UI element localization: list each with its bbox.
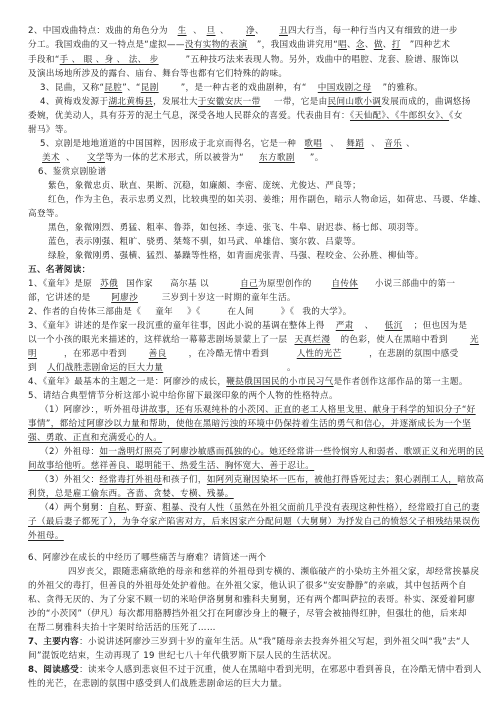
q5-title: 5、请结合典型情节分析这部小说中给你留下最深印象的两个人物的性格特点。: [28, 391, 500, 402]
item4-line2: 委婉，优美动人，具有芬芳的泥土气息，深受各地人民群众的喜爱。代表曲目有：《天仙配…: [28, 111, 500, 122]
blank-answer: 自私: [108, 503, 126, 513]
text: 委婉，优美动人，具有芬芳的泥土气息，深受各地人民群众的喜爱。代表曲目有：: [28, 111, 350, 121]
answer: 童年: [141, 307, 187, 318]
q6-answer-line1: 四岁丧父，跟随悲痛欲绝的母亲和慈祥的外祖母到专横的、濒临破产的小染坊主外祖父家，…: [68, 567, 500, 578]
q7-line1: 7、主要内容：小说讲述阿廖沙三岁到十岁的童年生活。从“我”随母亲去投奔外祖父写起…: [28, 637, 500, 648]
text: ”、“: [122, 83, 141, 93]
text: 和孩子们，: [162, 475, 207, 485]
blank-answer: 旦: [202, 26, 220, 37]
text: 2、中国戏曲特点：戏曲的角色分为: [28, 26, 168, 36]
blank-answer: 如阿列克谢因染坏一匹布，被他打得昏死过去；狠心剥削工人，: [207, 475, 457, 485]
text: 、: [193, 26, 202, 36]
blank-answer: 《天仙配》、《牛郎织女》、: [350, 111, 449, 121]
q6-answer-line4: 沙的“小茨冈”（伊凡）每次都用胳膊挡外祖父打在阿廖沙身上的鞭子，尽管会被抽得红肿…: [28, 609, 500, 620]
blank-answer: 外祖母。: [28, 531, 80, 542]
blank-answer: 打: [392, 40, 410, 51]
q8-label: 8、阅读感受: [28, 665, 79, 675]
q6-answer-line2: 的外祖父的毒打，但善良的外祖母处处护着他。在外祖父家，他认识了很多“安安静静”的…: [28, 581, 500, 592]
item2-line2: 分工。我国戏曲的又一特点是“虚拟——没有实物的表演”，我国戏曲讲究用“唱、念、做…: [28, 40, 500, 51]
blank-answer: 湖北黄梅县: [108, 97, 153, 107]
text: ，发展壮大: [153, 97, 198, 107]
facemask-red-line2: 高登等。: [28, 209, 500, 220]
text: （2）外祖母：: [40, 447, 99, 457]
text: 、: [347, 40, 356, 50]
item2-line1: 2、中国戏曲特点：戏曲的角色分为 生、旦、净、丑四大行当，每一种行当内又有细致的…: [28, 26, 500, 37]
text: 三岁到十岁这一时期的童年生活。: [162, 293, 296, 303]
item4-line1: 4、黄梅戏发源于湖北黄梅县，发展壮大于安徽安庆一带一带，它是由民间山歌小调发展而…: [40, 97, 500, 108]
text: 、野蛮、: [126, 503, 162, 513]
blank-answer: 经常毒打外祖母: [99, 475, 162, 485]
text: ”，是一种古老的戏曲剧种，有“: [181, 83, 307, 93]
text: ”的雅称。: [383, 83, 424, 93]
item4-line3: 驸马》等。: [28, 125, 500, 136]
text: 、: [371, 139, 380, 149]
q5-p4-line3: 外祖母。: [28, 531, 500, 542]
q5-p4-line2: 子（最后妻子都死了），为争夺家产陷害对方，后来因家产分配问题（大舅舅）为抒发自己…: [28, 517, 500, 528]
text: 》《: [281, 307, 295, 317]
q1-line1: 1、《童年》是原苏俄国作家 高尔基 以 自己为原型创作的 自传体小说三部曲中的第…: [28, 279, 500, 290]
item5-line2: 美术、文学等为一体的艺术形式，所以被誉为“东方歌剧”。: [36, 153, 500, 164]
text: （4）两个舅舅：: [40, 503, 108, 513]
facemask-red-line1: 红色，作为主色，表示忠勇义烈，比较典型的如关羽、姜维；用作副色，暗示人物命运，如…: [48, 195, 500, 206]
q5-p4-line1: （4）两个舅舅：自私、野蛮、粗暴、没有人性（虽然在外祖父面前几乎没有表现这种性格…: [40, 503, 500, 514]
q6-title: 6、阿廖沙在成长的中经历了哪些痛苦与磨难？请简述一两个: [28, 553, 500, 564]
q3-line4: 到人们战胜悲剧命运的巨大力量。: [28, 363, 500, 374]
blank-answer: 没有实物的表演: [185, 40, 257, 51]
text: 暗放高: [457, 475, 484, 485]
text: 四大行当，每一种行当内又有细致的进一步: [288, 26, 458, 36]
text: ，在邪恶中看到: [64, 349, 127, 359]
item2-line3: 手段和“手 、 眼 、身 、 法、 步”五种技巧法来表现人物。另外，戏曲中的唱腔…: [28, 55, 500, 66]
text: 。: [287, 363, 296, 373]
blank-answer: 手 、 眼 、身 、 法、 步: [60, 55, 186, 66]
blank-answer: 苏俄: [92, 279, 126, 290]
blank-answer: 中国戏剧之母: [307, 83, 383, 94]
facemask-blue: 蓝色，表示刚强、粗旷、骁勇、桀骜不驯，如马武、单雄信、窦尔敦、吕蒙等。: [48, 237, 500, 248]
text: 、: [365, 40, 374, 50]
text: （3）外祖父：: [40, 475, 99, 485]
blank-answer: 昆腔: [104, 83, 122, 93]
text: 、: [66, 153, 75, 163]
q8-line2: 性的光芒，在悲剧的氛围中感受到人们战胜悲剧命运的巨大力量。: [28, 679, 500, 690]
text: 3、《童年》讲述的是作家一段沉重的童年往事，因此小说的基调在整体上得: [28, 321, 325, 331]
blank-answer: 歌唱: [296, 139, 330, 150]
text: 4、黄梅戏发源于: [40, 97, 108, 107]
q5-p1-line1: （1）阿廖沙：，听外祖母讲故事，还有乐观纯朴的小茨冈、正直的老工人格里戈里、献身…: [40, 405, 500, 416]
blank-answer: 自己: [212, 279, 258, 290]
blank-answer: 净: [229, 26, 255, 37]
text: 、: [255, 26, 264, 36]
text: 发展而成的，曲调悠扬: [381, 97, 470, 107]
text: 3、昆曲，又称“: [40, 83, 104, 93]
q4-line: 4、《童年》最基本的主题之一是：阿廖沙的成长，鞭挞俄国国民的小市民习气是作者创作…: [28, 377, 500, 388]
text: 为原型创作的: [258, 279, 312, 289]
q1-line2: 部，它讲述的是阿廖沙 三岁到十岁这一时期的童年生活。: [28, 293, 500, 304]
q5-p3-line2: 利贷，总是雇工偷东西。吝啬、贪婪、专横、残暴。: [28, 489, 500, 500]
text: 、: [330, 139, 339, 149]
text: 、: [365, 321, 374, 331]
blank-answer: 间故事给他听。慈祥善良、聪明能干、热爱生活、胸怀宽大、善于忍让。: [28, 461, 328, 472]
text: 是作者创作这部作品的第一主题。: [334, 377, 468, 387]
text: 分工。我国戏曲的又一特点是“虚拟——: [28, 40, 185, 50]
blank-answer: 低沉: [374, 321, 414, 332]
blank-answer: 如一盏明灯照亮了阿廖沙敏感而孤独的心。她还经常讲一些怜悯穷人和弱者、歌颂正义和光…: [99, 447, 484, 457]
text: 、: [220, 26, 229, 36]
text: 、: [406, 139, 415, 149]
text: ；但也因为是: [414, 321, 468, 331]
document-page: 2、中国戏曲特点：戏曲的角色分为 生、旦、净、丑四大行当，每一种行当内又有细致的…: [0, 0, 500, 707]
text: ，在冷酷无情中看到: [189, 349, 270, 359]
text: 部，它讲述的是: [28, 293, 91, 303]
blank-answer: 讲故事，还有乐观纯朴的小茨冈、正直的老工人格里戈里、献身于科学的知识分子“好: [140, 405, 476, 415]
blank-answer: 东方歌剧: [244, 153, 310, 164]
blank-answer: 自传体: [315, 279, 375, 290]
text: ，在悲剧的氛围中感受: [369, 349, 458, 359]
text: 的色彩，使人在黑暗中看到: [340, 335, 447, 345]
blank-answer: 美术: [36, 153, 66, 164]
blank-answer: 人们战胜悲剧命运的巨大力量: [37, 363, 287, 374]
blank-answer: 唱: [338, 40, 347, 50]
text: 2、作者的自传体三部曲是《: [28, 307, 141, 317]
blank-answer: 做: [374, 40, 383, 50]
text: 1、《童年》是原: [28, 279, 92, 289]
text: （1）阿廖沙：，听外祖母: [40, 405, 140, 415]
blank-answer: 人性的光芒: [269, 349, 369, 360]
blank-answer: 粗暴: [162, 503, 180, 513]
text: 小说三部曲中的第一: [375, 279, 456, 289]
blank-answer: 舞蹈: [339, 139, 371, 150]
q5-p1-line3: 强、勇敢、正直和充满爱心的人。: [28, 433, 500, 444]
facemask-green: 绿脸，象微刚勇、强横、猛烈、暴躁等性格，如青面虎张青、马强、程咬金、公孙胜、柳仙…: [48, 251, 500, 262]
answer: 我的大学》。: [302, 307, 351, 317]
q5-p1-line2: 事情”，都给过阿廖沙以力量和帮助，使他在黑暗污浊的环境中仍保持着生活的勇气和信心…: [28, 419, 500, 430]
text: 高尔基: [170, 279, 197, 289]
text: 手段和“: [28, 55, 60, 65]
item3-line: 3、昆曲，又称“昆腔”、“昆剧”，是一种古老的戏曲剧种，有“中国戏剧之母”的雅称…: [40, 83, 500, 94]
q6-answer-line5: 在帮二舅雅科夫抬十字架时给活活的压死了……: [28, 623, 500, 634]
q5-p2-line2: 间故事给他听。慈祥善良、聪明能干、热爱生活、胸怀宽大、善于忍让。: [28, 461, 500, 472]
blank-answer: 阿廖沙: [91, 293, 159, 304]
blank-answer: 严肃: [325, 321, 365, 332]
q7-line2: 间”混饭吃结束，生动再现了 19 世纪七八十年代俄罗斯下层人民的生活状况。: [28, 651, 500, 662]
blank-answer: 、没有人性（虽然在外祖父面前几乎没有表现这种性格），经常殴打自己的妻: [180, 503, 480, 513]
q7-label: 7、主要内容: [28, 637, 79, 647]
text: ”，我国戏曲讲究用“: [257, 40, 338, 50]
blank-answer: 强、勇敢、正直和充满爱心的人。: [28, 433, 172, 444]
q2-line: 2、作者的自传体三部曲是《童年》《在人间》《我的大学》。: [28, 307, 500, 318]
blank-answer: 昆剧: [141, 83, 181, 94]
blank-answer: 文学: [75, 153, 105, 164]
q8-line1: 8、阅读感受：读来令人感到悲哀但不过于沉重，使人在黑暗中看到光明，在邪恶中看到善…: [28, 665, 500, 676]
text: 》《: [187, 307, 201, 317]
answer: 在人间: [201, 307, 281, 318]
facemask-purple: 紫色，象微忠贞、耿直、果断、沉稳，如廉颇、李密、庞统、尤俊达、严良等；: [48, 181, 500, 192]
text: 、: [383, 40, 392, 50]
blank-answer: 音乐: [380, 139, 406, 150]
q3-line1: 3、《童年》讲述的是作家一段沉重的童年往事，因此小说的基调在整体上得严肃、低沉；…: [28, 321, 500, 332]
blank-answer: 善良: [127, 349, 189, 360]
text: ”五种技巧法来表现人物。另外，戏曲中的唱腔、龙套、脸谱、服饰以: [186, 55, 459, 65]
text: 国作家: [126, 279, 153, 289]
text: 以一个小孩的眼光来描述的，这样就给一幕幕悲剧场景蒙上了一层: [28, 335, 287, 345]
blank-answer: 于安徽安庆一带: [198, 97, 274, 108]
blank-answer: 天真烂漫: [287, 335, 337, 346]
text: 4、《童年》最基本的主题之一是：阿廖沙的成长，: [28, 377, 226, 387]
text: ”。: [310, 153, 324, 163]
q6-answer-line3: 私、贪得无厌的、为了分家不顾一切的米哈伊洛舅舅和雅科夫舅舅，还有两个都叫萨拉的表…: [28, 595, 500, 606]
q5-p2-line1: （2）外祖母：如一盏明灯照亮了阿廖沙敏感而孤独的心。她还经常讲一些怜悯穷人和弱者…: [40, 447, 500, 458]
text: 一带，它是由: [274, 97, 328, 107]
text: ”四种艺术: [410, 40, 451, 50]
item5-line1: 5、京剧是地地道道的中国国粹，因形成于北京而得名，它是一种歌唱、舞蹈、音乐、: [40, 139, 500, 150]
blank-answer: 民间山歌小调: [328, 97, 382, 107]
item6-title: 6、鉴赏京剧脸谱: [38, 167, 500, 178]
text: 以: [200, 279, 209, 289]
blank-answer: 念: [356, 40, 365, 50]
text: ：读来令人感到悲哀但不过于沉重，使人在黑暗中看到光明，在邪恶中看到善良，在冷酷无…: [79, 665, 481, 675]
blank-answer: 生: [171, 26, 193, 37]
text: 等为一体的艺术形式，所以被誉为“: [105, 153, 244, 163]
item2-line4: 及演出场地所涉及的露台、庙台、舞台等也都有它们特殊的韵味。: [28, 69, 500, 80]
blank-answer: 鞭挞俄国国民的小市民习气: [226, 377, 333, 387]
text: ：小说讲述阿廖沙三岁到十岁的童年生活。从“我”随母亲去投奔外祖父写起，到外祖父叫…: [79, 637, 470, 647]
text: 《女: [449, 111, 463, 121]
blank-answer: 丑: [264, 26, 288, 37]
q3-line3: 明，在邪恶中看到善良，在冷酷无情中看到人性的光芒，在悲剧的氛围中感受: [28, 349, 500, 360]
text: 到: [28, 363, 37, 373]
blank-answer: 利贷，总是雇工偷东西。吝啬、贪婪、专横、残暴。: [28, 489, 250, 500]
facemask-black: 黑色，象微刚烈、勇猛、粗率、鲁莽，如包拯、李逵、张飞、牛皋、尉迟恭、杨七郎、项羽…: [48, 223, 500, 234]
q3-line2: 以一个小孩的眼光来描述的，这样就给一幕幕悲剧场景蒙上了一层天真烂漫 的色彩，使人…: [28, 335, 500, 346]
text: 5、京剧是地地道道的中国国粹，因形成于北京而得名，它是一种: [40, 139, 296, 149]
blank-answer: 明: [28, 349, 64, 360]
section5-title: 五、名著阅读：: [28, 265, 500, 276]
q5-p3-line1: （3）外祖父：经常毒打外祖母和孩子们，如阿列克谢因染坏一匹布，被他打得昏死过去；…: [40, 475, 500, 486]
blank-answer: 光: [451, 335, 479, 346]
